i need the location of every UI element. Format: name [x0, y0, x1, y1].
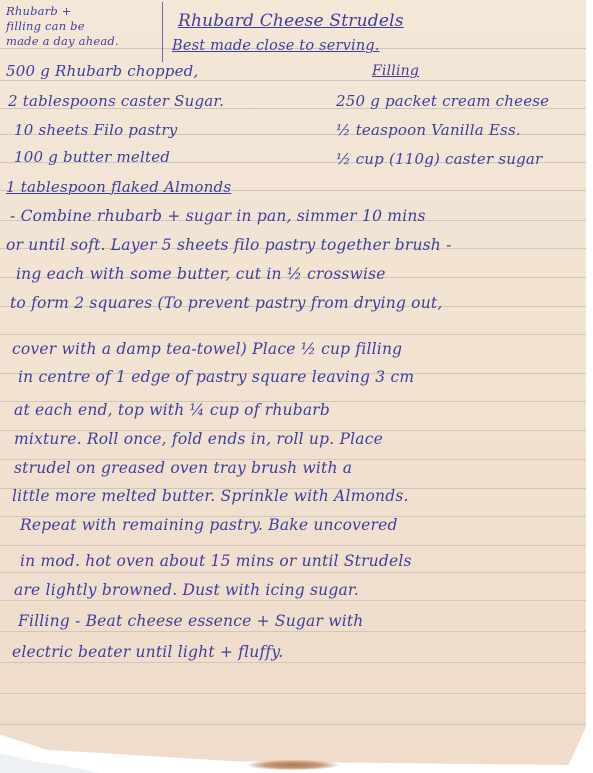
- method-line: strudel on greased oven tray brush with …: [14, 459, 352, 477]
- method-line: little more melted butter. Sprinkle with…: [12, 487, 409, 505]
- method-line: mixture. Roll once, fold ends in, roll u…: [14, 430, 383, 448]
- filling-item: 250 g packet cream cheese: [336, 92, 549, 110]
- recipe-subtitle: Best made close to serving.: [172, 38, 380, 54]
- method-line: at each end, top with ¼ cup of rhubarb: [14, 401, 330, 419]
- ruled-line: [0, 545, 586, 546]
- method-line: or until soft. Layer 5 sheets filo pastr…: [6, 236, 452, 254]
- ruled-line: [0, 600, 586, 601]
- ruled-line: [0, 693, 586, 694]
- ingredient-item: 100 g butter melted: [14, 148, 170, 166]
- ingredient-item: 2 tablespoons caster Sugar.: [8, 92, 224, 110]
- method-line: Repeat with remaining pastry. Bake uncov…: [20, 516, 398, 534]
- side-note-line: Rhubarb +: [6, 4, 72, 19]
- method-line: Filling - Beat cheese essence + Sugar wi…: [18, 612, 363, 630]
- ingredient-item: 10 sheets Filo pastry: [14, 121, 177, 139]
- method-line: ing each with some butter, cut in ½ cros…: [16, 265, 386, 283]
- method-line: in mod. hot oven about 15 mins or until …: [20, 552, 412, 570]
- ruled-line: [0, 724, 586, 725]
- ruled-line: [0, 334, 586, 335]
- method-line: are lightly browned. Dust with icing sug…: [14, 581, 359, 599]
- method-line: - Combine rhubarb + sugar in pan, simmer…: [10, 207, 426, 225]
- paper-stain: [248, 760, 338, 770]
- filling-item: ½ teaspoon Vanilla Ess.: [336, 121, 521, 139]
- ingredient-item: 500 g Rhubarb chopped,: [6, 62, 198, 80]
- side-note-line: made a day ahead.: [6, 34, 119, 49]
- filling-heading: Filling: [372, 63, 419, 79]
- ruled-line: [0, 572, 586, 573]
- title-divider: [162, 2, 163, 62]
- method-line: cover with a damp tea-towel) Place ½ cup…: [12, 340, 402, 358]
- ruled-line: [0, 631, 586, 632]
- ruled-line: [0, 662, 586, 663]
- filling-item: ½ cup (110g) caster sugar: [336, 150, 542, 168]
- ruled-line: [0, 80, 586, 81]
- method-line: in centre of 1 edge of pastry square lea…: [18, 368, 414, 386]
- ingredient-item: 1 tablespoon flaked Almonds: [6, 178, 231, 196]
- side-note-line: filling can be: [6, 19, 85, 34]
- method-line: electric beater until light + fluffy.: [12, 643, 283, 661]
- recipe-title: Rhubard Cheese Strudels: [178, 11, 404, 31]
- method-line: to form 2 squares (To prevent pastry fro…: [10, 294, 442, 312]
- recipe-paper: Rhubarb + filling can be made a day ahea…: [0, 0, 586, 765]
